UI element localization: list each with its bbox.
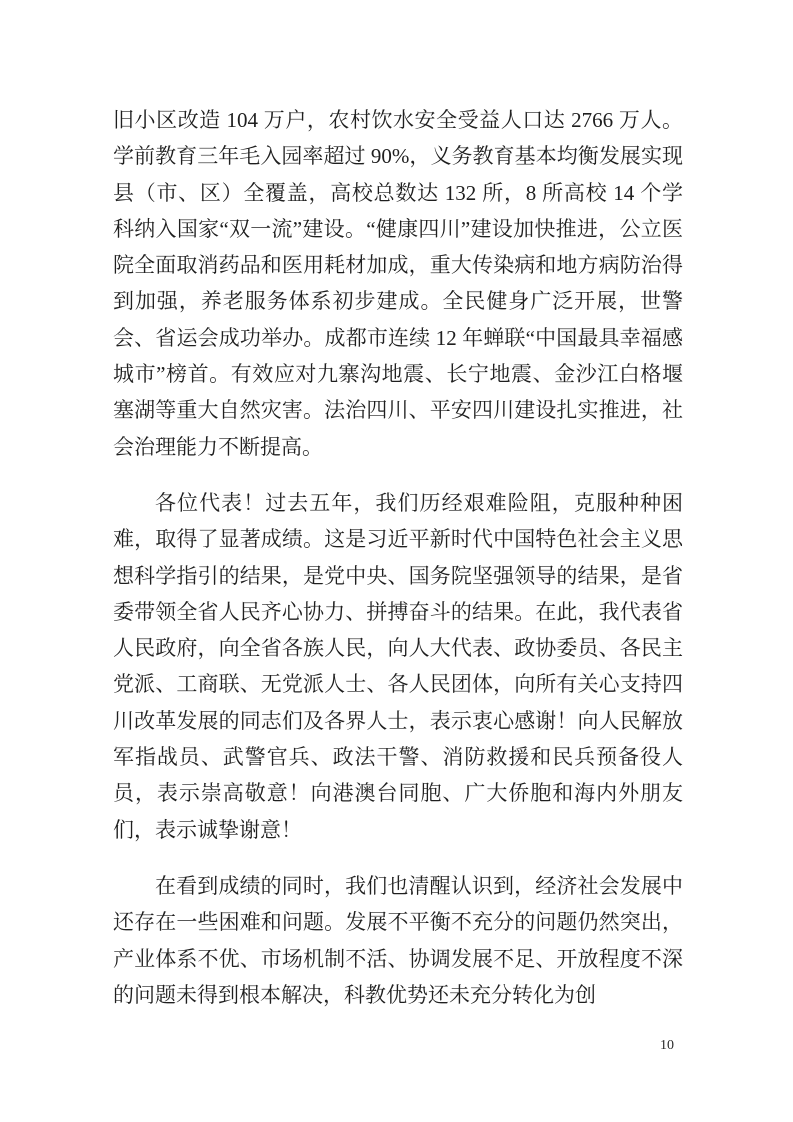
page-number: 10 bbox=[646, 1038, 688, 1054]
text-block: 旧小区改造 104 万户，农村饮水安全受益人口达 2766 万人。学前教育三年毛… bbox=[113, 102, 683, 1013]
document-page: 旧小区改造 104 万户，农村饮水安全受益人口达 2766 万人。学前教育三年毛… bbox=[0, 0, 793, 1122]
paragraph-problems: 在看到成绩的同时，我们也清醒认识到，经济社会发展中还存在一些困难和问题。发展不平… bbox=[113, 868, 683, 1013]
paragraph-thanks: 各位代表！过去五年，我们历经艰难险阻，克服种种困难，取得了显著成绩。这是习近平新… bbox=[113, 485, 683, 848]
paragraph-continuation: 旧小区改造 104 万户，农村饮水安全受益人口达 2766 万人。学前教育三年毛… bbox=[113, 102, 683, 465]
